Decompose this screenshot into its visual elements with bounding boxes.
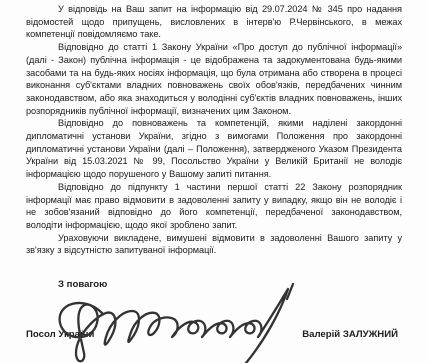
letter-body: У відповідь на Ваш запит на інформацію в… [26, 3, 402, 257]
signature-block: Посол України Валерій ЗАЛУЖНИЙ [26, 329, 398, 340]
signer-name: Валерій ЗАЛУЖНИЙ [302, 329, 398, 340]
paragraph-embassy-competence: Відповідно до повноважень та компетенцій… [26, 117, 402, 181]
paragraph-refusal-grounds: Відповідно до підпункту 1 частини першої… [26, 181, 402, 232]
signature-stroke [60, 289, 288, 363]
handwritten-signature-ink [50, 283, 315, 363]
paragraph-intro: У відповідь на Ваш запит на інформацію в… [26, 3, 402, 41]
paragraph-law-definition: Відповідно до статті 1 Закону України «П… [26, 41, 402, 117]
paragraph-conclusion: Ураховуючи викладене, вимушені відмовити… [26, 232, 402, 257]
signature-flourish-stroke [287, 284, 293, 299]
signer-title: Посол України [26, 329, 94, 340]
letter-page: У відповідь на Ваш запит на інформацію в… [0, 0, 428, 363]
closing-salutation: З повагою [58, 279, 107, 290]
